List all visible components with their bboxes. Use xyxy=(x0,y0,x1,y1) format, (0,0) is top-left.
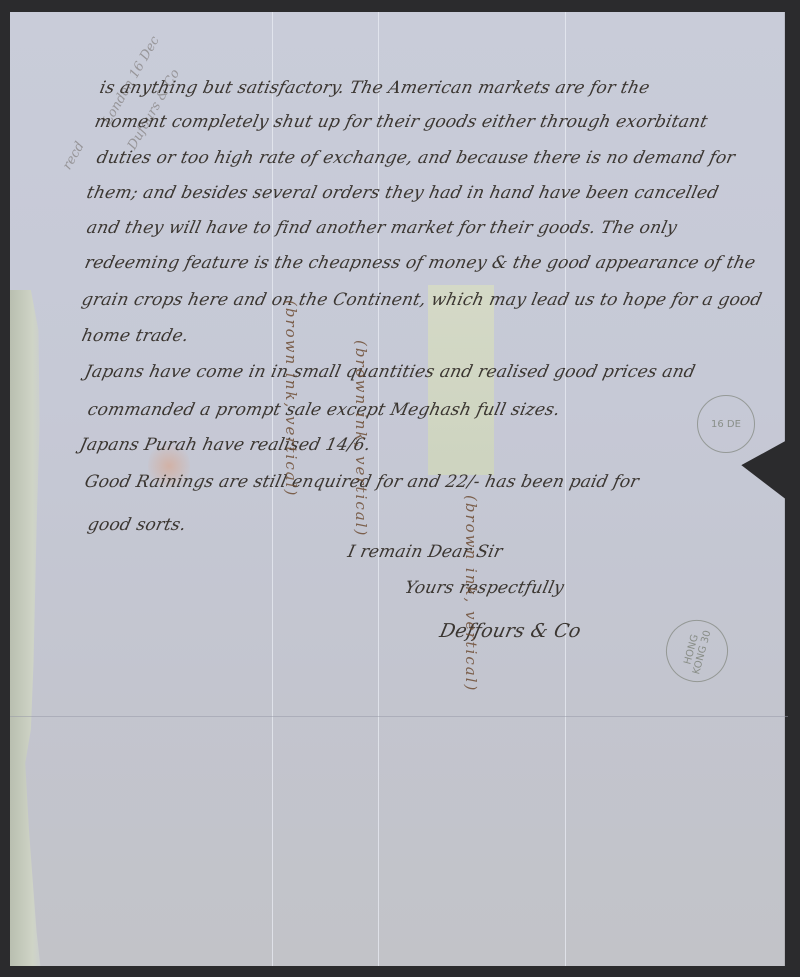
cross-writing: (brown ink, vertical) xyxy=(352,340,370,537)
letter-line: home trade. xyxy=(80,326,191,346)
letter-line: duties or too high rate of exchange, and… xyxy=(95,148,737,168)
letter-line: redeeming feature is the cheapness of mo… xyxy=(83,253,758,273)
closing-line: I remain Dear Sir xyxy=(346,542,505,562)
cross-writing: (brown ink, vertical) xyxy=(282,300,300,497)
letter-line: good sorts. xyxy=(86,515,188,535)
letter-line: is anything but satisfactory. The Americ… xyxy=(98,78,652,98)
closing-line: Yours respectfully xyxy=(403,578,566,598)
letter-line: and they will have to find another marke… xyxy=(85,218,679,238)
postmark: 16 DE xyxy=(697,395,755,453)
letter-line: moment completely shut up for their good… xyxy=(93,112,710,132)
letter-line: Japans have come in in small quantities … xyxy=(83,362,697,382)
signature: Deffours & Co xyxy=(438,620,583,642)
letter-line: grain crops here and on the Continent, w… xyxy=(80,290,764,310)
letter-line: commanded a prompt sale except Meghash f… xyxy=(86,400,562,420)
letter-line: Japans Purah have realised 14/6. xyxy=(78,435,373,455)
fold-line xyxy=(10,716,788,717)
cross-writing: (brown ink, vertical) xyxy=(462,495,480,692)
letter-line: them; and besides several orders they ha… xyxy=(85,183,721,203)
